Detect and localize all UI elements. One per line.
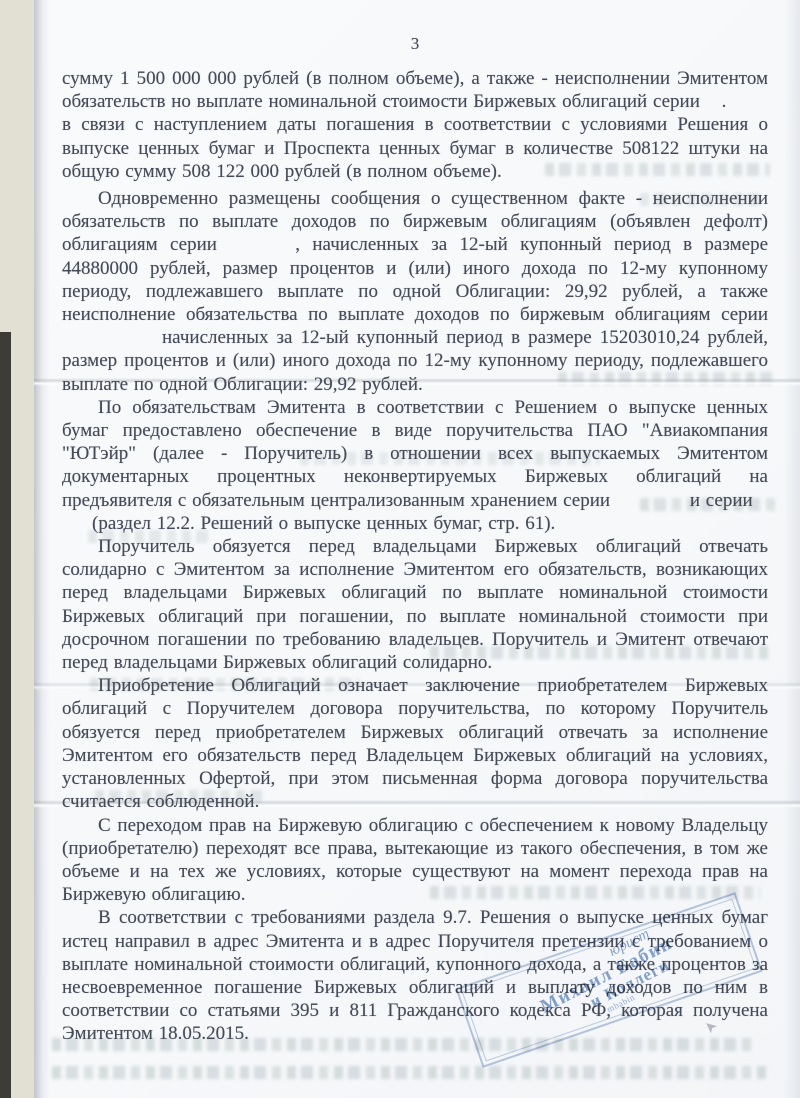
- paragraph: Одновременно размещены сообщения о сущес…: [62, 187, 768, 396]
- redacted-blank: [62, 527, 92, 529]
- paragraph: По обязательствам Эмитента в соответстви…: [62, 396, 768, 535]
- paragraph: сумму 1 500 000 000 рублей (в полном объ…: [62, 67, 768, 183]
- redacted-blank: [616, 504, 690, 506]
- scan-edge-dark: [0, 332, 11, 1098]
- paragraph: Приобретение Облигаций означает заключен…: [62, 674, 768, 813]
- redacted-blank: [229, 248, 295, 250]
- redacted-blank: [706, 105, 722, 107]
- redacted-blank: [62, 341, 162, 343]
- scanned-document-page: ➤ 3 сумму 1 500 000 000 рублей (в полном…: [0, 0, 800, 1098]
- paragraph: Поручитель обязуется перед владельцами Б…: [62, 535, 768, 674]
- paragraph: С переходом прав на Биржевую облигацию с…: [62, 814, 768, 907]
- page-number: 3: [62, 34, 768, 58]
